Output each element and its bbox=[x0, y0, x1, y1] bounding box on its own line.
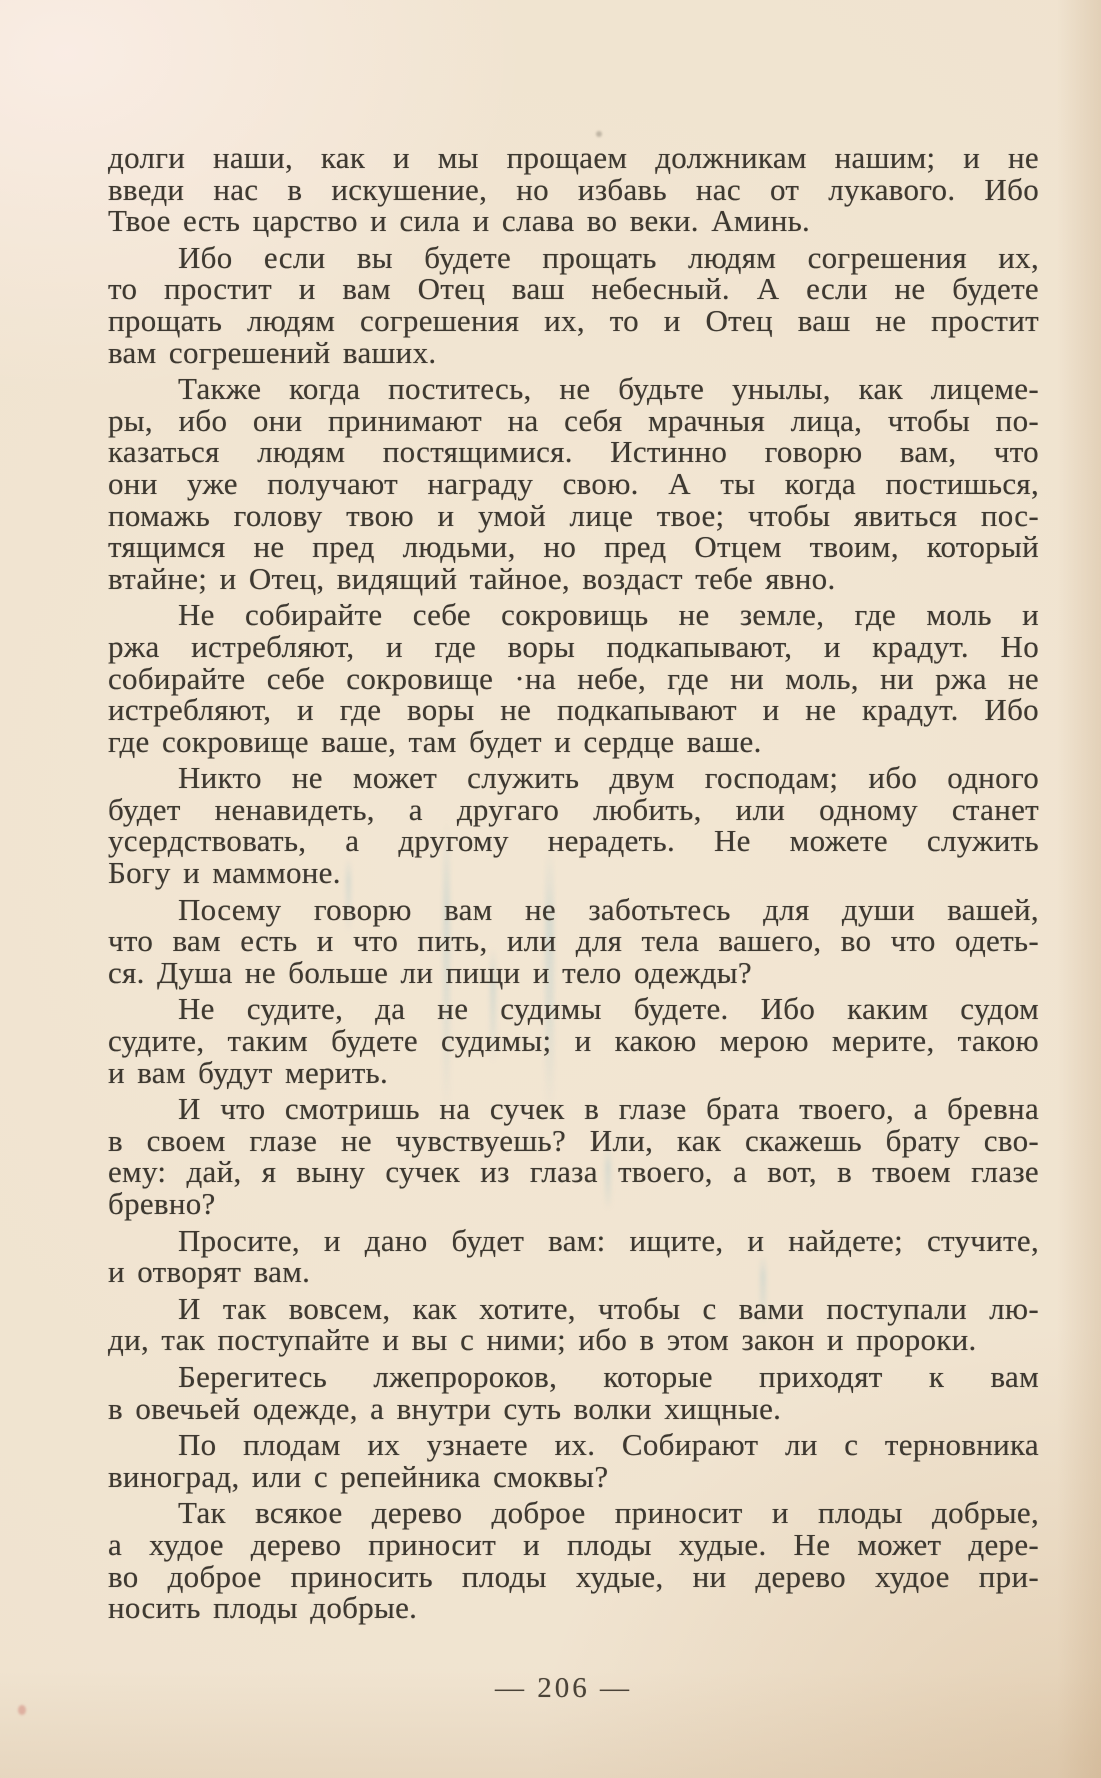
paragraph: Так всякое дерево доброе приносит и плод… bbox=[108, 1497, 1039, 1623]
text-line: что вам есть и что пить, или для тела ва… bbox=[108, 925, 1039, 957]
text-line: Никто не может служить двум господам; иб… bbox=[108, 762, 1039, 794]
book-page-scan: долги наши, как и мы прощаем должникам н… bbox=[0, 0, 1101, 1778]
scan-artifact-speck bbox=[596, 131, 602, 137]
text-line: вам согрешений ваших. bbox=[108, 337, 1039, 369]
paragraph: Также когда поститесь, не будьте унылы, … bbox=[108, 373, 1039, 594]
paragraph: И что смотришь на сучек в глазе брата тв… bbox=[108, 1093, 1039, 1219]
text-line: собирайте себе сокровище ·на небе, где н… bbox=[108, 663, 1039, 695]
text-line: носить плоды добрые. bbox=[108, 1592, 1039, 1624]
text-line: втайне; и Отец, видящий тайное, воздаст … bbox=[108, 563, 1039, 595]
text-line: Не судите, да не судимы будете. Ибо каки… bbox=[108, 993, 1039, 1025]
text-line: где сокровище ваше, там будет и сердце в… bbox=[108, 726, 1039, 758]
paragraph: Не собирайте себе сокровищь не земле, гд… bbox=[108, 599, 1039, 757]
text-line: в овечьей одежде, а внутри суть волки хи… bbox=[108, 1393, 1039, 1425]
scan-artifact-speck bbox=[18, 1705, 26, 1715]
text-line: то простит и вам Отец ваш небесный. А ес… bbox=[108, 273, 1039, 305]
text-line: Также когда поститесь, не будьте унылы, … bbox=[108, 373, 1039, 405]
text-line: И что смотришь на сучек в глазе брата тв… bbox=[108, 1093, 1039, 1125]
page-number: — 206 — bbox=[0, 1672, 1101, 1705]
text-line: судите, таким будете судимы; и какою мер… bbox=[108, 1025, 1039, 1057]
text-line: и вам будут мерить. bbox=[108, 1057, 1039, 1089]
text-line: а худое дерево приносит и плоды худые. Н… bbox=[108, 1529, 1039, 1561]
text-line: долги наши, как и мы прощаем должникам н… bbox=[108, 142, 1039, 174]
text-line: ди, так поступайте и вы с ними; ибо в эт… bbox=[108, 1324, 1039, 1356]
text-line: в своем глазе не чувствуешь? Или, как ск… bbox=[108, 1125, 1039, 1157]
text-line: Ибо если вы будете прощать людям согреше… bbox=[108, 242, 1039, 274]
text-line: будет ненавидеть, а другаго любить, или … bbox=[108, 794, 1039, 826]
text-line: казаться людям постящимися. Истинно гово… bbox=[108, 436, 1039, 468]
text-line: истребляют, и где воры не подкапывают и … bbox=[108, 694, 1039, 726]
text-line: введи нас в искушение, но избавь нас от … bbox=[108, 174, 1039, 206]
text-line: они уже получают награду свою. А ты когд… bbox=[108, 468, 1039, 500]
paragraph: Не судите, да не судимы будете. Ибо каки… bbox=[108, 993, 1039, 1088]
text-line: И так вовсем, как хотите, чтобы с вами п… bbox=[108, 1293, 1039, 1325]
paragraph: Просите, и дано будет вам: ищите, и найд… bbox=[108, 1225, 1039, 1288]
text-line: и отворят вам. bbox=[108, 1256, 1039, 1288]
paragraph: И так вовсем, как хотите, чтобы с вами п… bbox=[108, 1293, 1039, 1356]
paragraph: Ибо если вы будете прощать людям согреше… bbox=[108, 242, 1039, 368]
text-line: По плодам их узнаете их. Собирают ли с т… bbox=[108, 1429, 1039, 1461]
text-line: Так всякое дерево доброе приносит и плод… bbox=[108, 1497, 1039, 1529]
text-line: ему: дай, я выну сучек из глаза твоего, … bbox=[108, 1156, 1039, 1188]
text-line: Посему говорю вам не заботьтесь для души… bbox=[108, 894, 1039, 926]
text-line: ры, ибо они принимают на себя мрачныя ли… bbox=[108, 405, 1039, 437]
paragraph: По плодам их узнаете их. Собирают ли с т… bbox=[108, 1429, 1039, 1492]
text-line: ся. Душа не больше ли пищи и тело одежды… bbox=[108, 957, 1039, 989]
paragraph: Посему говорю вам не заботьтесь для души… bbox=[108, 894, 1039, 989]
text-line: Богу и маммоне. bbox=[108, 857, 1039, 889]
paragraph: Никто не может служить двум господам; иб… bbox=[108, 762, 1039, 888]
text-line: Не собирайте себе сокровищь не земле, гд… bbox=[108, 599, 1039, 631]
text-line: прощать людям согрешения их, то и Отец в… bbox=[108, 305, 1039, 337]
text-line: Просите, и дано будет вам: ищите, и найд… bbox=[108, 1225, 1039, 1257]
paragraph: Берегитесь лжепророков, которые приходят… bbox=[108, 1361, 1039, 1424]
text-line: Твое есть царство и сила и слава во веки… bbox=[108, 205, 1039, 237]
text-line: усердствовать, а другому нерадеть. Не мо… bbox=[108, 825, 1039, 857]
text-line: бревно? bbox=[108, 1188, 1039, 1220]
page-text: долги наши, как и мы прощаем должникам н… bbox=[108, 142, 1039, 1629]
paragraph: долги наши, как и мы прощаем должникам н… bbox=[108, 142, 1039, 237]
text-line: Берегитесь лжепророков, которые приходят… bbox=[108, 1361, 1039, 1393]
text-line: ржа истребляют, и где воры подкапывают, … bbox=[108, 631, 1039, 663]
text-line: помажь голову твою и умой лице твое; что… bbox=[108, 500, 1039, 532]
text-line: во доброе приносить плоды худые, ни дере… bbox=[108, 1561, 1039, 1593]
text-line: виноград, или с репейника смоквы? bbox=[108, 1461, 1039, 1493]
text-line: тящимся не пред людьми, но пред Отцем тв… bbox=[108, 531, 1039, 563]
